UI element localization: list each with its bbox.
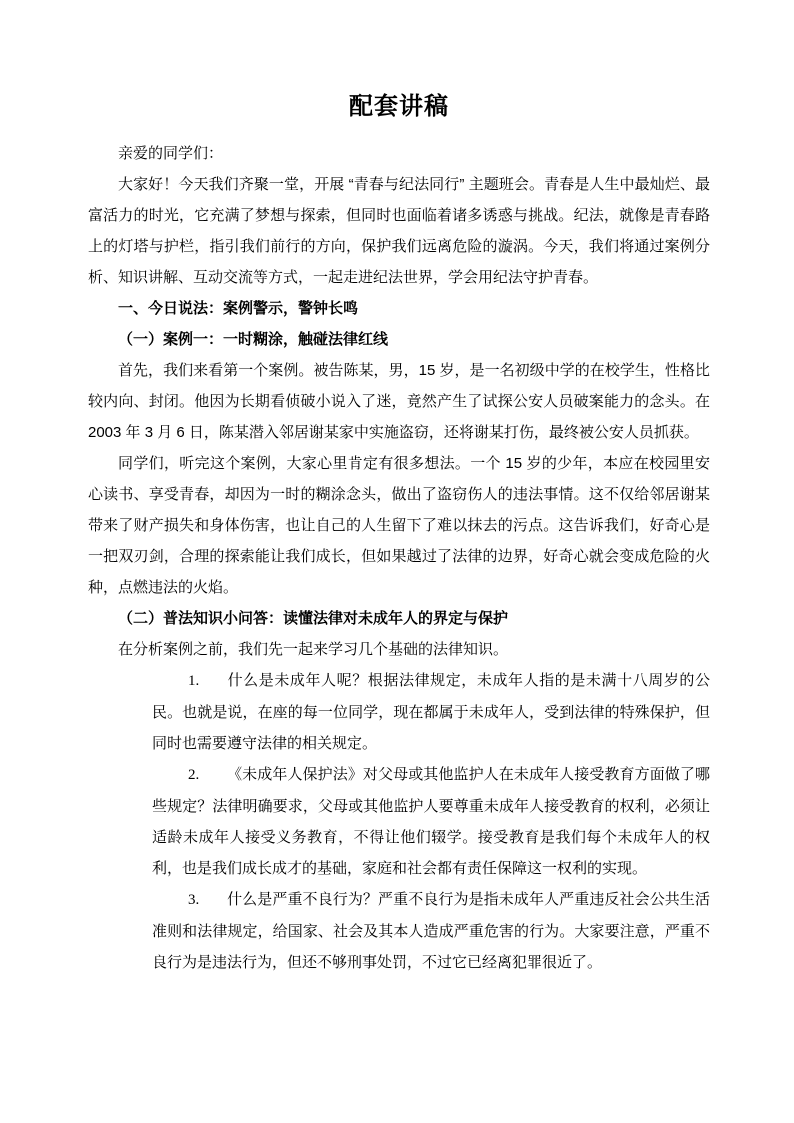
section2-heading: （二）普法知识小问答：读懂法律对未成年人的界定与保护 [88, 603, 710, 634]
qa-list-item-3-text: 什么是严重不良行为？严重不良行为是指未成年人严重违反社会公共生活准则和法律规定，… [152, 891, 710, 971]
qa-list-item-2-number: 2. [188, 760, 227, 791]
qa-list-item-3-number: 3. [188, 885, 227, 916]
case1-reflection-paragraph: 同学们，听完这个案例，大家心里肯定有很多想法。一个 15 岁的少年，本应在校园里… [88, 448, 710, 603]
document-title: 配套讲稿 [88, 0, 710, 124]
qa-list-item-1: 1.什么是未成年人呢？根据法律规定，未成年人指的是未满十八周岁的公民。也就是说，… [152, 665, 710, 759]
qa-list-item-3: 3.什么是严重不良行为？严重不良行为是指未成年人严重违反社会公共生活准则和法律规… [152, 884, 710, 978]
intro-paragraph: 大家好！今天我们齐聚一堂，开展 “青春与纪法同行” 主题班会。青春是人生中最灿烂… [88, 169, 710, 293]
case1-heading: （一）案例一：一时糊涂，触碰法律红线 [88, 324, 710, 355]
qa-list-item-1-number: 1. [188, 666, 227, 697]
salutation-line: 亲爱的同学们： [88, 138, 710, 169]
case1-body-paragraph: 首先，我们来看第一个案例。被告陈某，男，15 岁，是一名初级中学的在校学生，性格… [88, 355, 710, 448]
section1-heading: 一、今日说法：案例警示，警钟长鸣 [88, 293, 710, 324]
qa-list-item-2: 2.《未成年人保护法》对父母或其他监护人在未成年人接受教育方面做了哪些规定？法律… [152, 759, 710, 884]
qa-intro-paragraph: 在分析案例之前，我们先一起来学习几个基础的法律知识。 [88, 634, 710, 665]
qa-list-item-1-text: 什么是未成年人呢？根据法律规定，未成年人指的是未满十八周岁的公民。也就是说，在座… [152, 672, 710, 752]
qa-list-item-2-text: 《未成年人保护法》对父母或其他监护人在未成年人接受教育方面做了哪些规定？法律明确… [152, 766, 710, 877]
document-page: 配套讲稿 亲爱的同学们： 大家好！今天我们齐聚一堂，开展 “青春与纪法同行” 主… [0, 0, 794, 1123]
